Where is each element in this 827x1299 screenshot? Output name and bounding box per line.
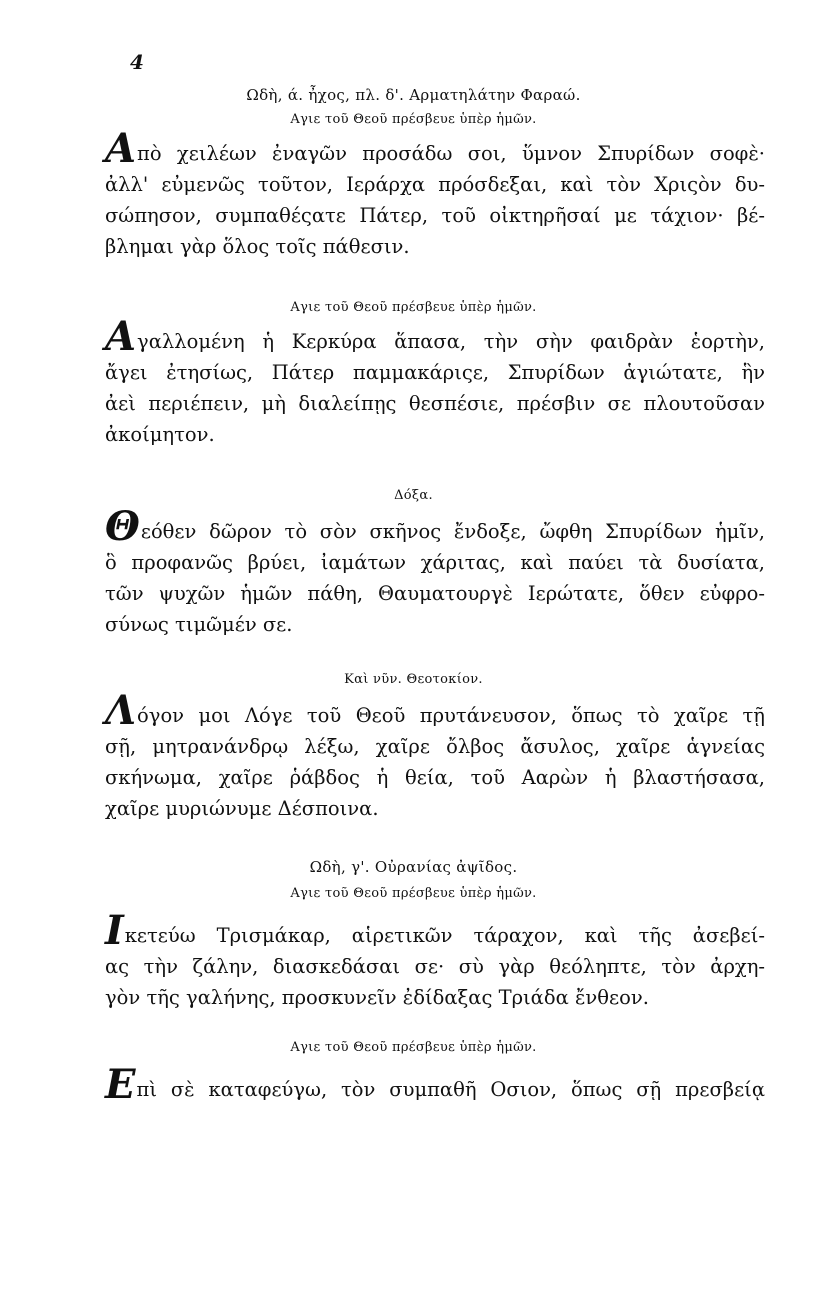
ode-3-heading: Ωδὴ, γ'. Οὐρανίας ἀψῖδος. — [0, 858, 827, 876]
stanza-line: ἀκοίμητον. — [105, 419, 765, 450]
drop-cap: Ι — [105, 907, 124, 954]
ode-1-heading: Ωδὴ, ά. ἦχος, πλ. δ'. Αρματηλάτην Φαραώ. — [0, 86, 827, 104]
refrain: Αγιε τοῦ Θεοῦ πρέσβευε ὑπὲρ ἡμῶν. — [0, 1040, 827, 1055]
stanza-4: Λόγον μοι Λόγε τοῦ Θεοῦ πρυτάνευσον, ὅπω… — [105, 700, 765, 824]
stanza-line: εόθεν δῶρον τὸ σὸν σκῆνος ἔνδοξε, ὤφθη Σ… — [141, 520, 765, 543]
stanza-line: γὸν τῆς γαλήνης, προσκυνεῖν ἐδίδαξας Τρι… — [105, 982, 765, 1013]
stanza-6: Επὶ σὲ καταφεύγω, τὸν συμπαθῆ Οσιον, ὅπω… — [105, 1074, 765, 1105]
page-number: 4 — [130, 50, 144, 74]
drop-cap: Θ — [105, 503, 140, 550]
stanza-line: σκήνωμα, χαῖρε ῥάβδος ἡ θεία, τοῦ Ααρὼν … — [105, 762, 765, 793]
stanza-line: πὸ χειλέων ἐναγῶν προσάδω σοι, ὕμνον Σπυ… — [137, 142, 765, 165]
stanza-line: βλημαι γὰρ ὅλος τοῖς πάθεσιν. — [105, 231, 765, 262]
stanza-line: γαλλομένη ἡ Κερκύρα ἅπασα, τὴν σὴν φαιδρ… — [137, 330, 765, 353]
stanza-line: σώπησον, συμπαθέςατε Πάτερ, τοῦ οἰκτηρῆσ… — [105, 200, 765, 231]
stanza-5: Ικετεύω Τρισμάκαρ, αἱρετικῶν τάραχον, κα… — [105, 920, 765, 1013]
stanza-line: σῇ, μητρανάνδρῳ λέξω, χαῖρε ὄλβος ἄσυλος… — [105, 731, 765, 762]
stanza-line: σύνως τιμῶμέν σε. — [105, 609, 765, 640]
stanza-line: ὃ προφανῶς βρύει, ἰαμάτων χάριτας, καὶ π… — [105, 547, 765, 578]
stanza-line: χαῖρε μυριώνυμε Δέσποινα. — [105, 793, 765, 824]
theotokion-label: Καὶ νῦν. Θεοτοκίον. — [0, 672, 827, 687]
stanza-line: τῶν ψυχῶν ἡμῶν πάθη, Θαυματουργὲ Ιερώτατ… — [105, 578, 765, 609]
stanza-3: Θεόθεν δῶρον τὸ σὸν σκῆνος ἔνδοξε, ὤφθη … — [105, 516, 765, 640]
drop-cap: Ε — [105, 1061, 136, 1108]
stanza-line: ας τὴν ζάλην, διασκεδάσαι σε· σὺ γὰρ θεό… — [105, 951, 765, 982]
stanza-line: ἄγει ἐτησίως, Πάτερ παμμακάριςε, Σπυρίδω… — [105, 357, 765, 388]
drop-cap: Α — [105, 313, 136, 360]
stanza-2: Αγαλλομένη ἡ Κερκύρα ἅπασα, τὴν σὴν φαιδ… — [105, 326, 765, 450]
stanza-line: πὶ σὲ καταφεύγω, τὸν συμπαθῆ Οσιον, ὅπως… — [137, 1078, 766, 1101]
stanza-line: ἀλλ' εὐμενῶς τοῦτον, Ιεράρχα πρόσδεξαι, … — [105, 169, 765, 200]
stanza-1: Απὸ χειλέων ἐναγῶν προσάδω σοι, ὕμνον Σπ… — [105, 138, 765, 262]
drop-cap: Α — [105, 125, 136, 172]
stanza-line: κετεύω Τρισμάκαρ, αἱρετικῶν τάραχον, καὶ… — [125, 924, 765, 947]
doxa-label: Δόξα. — [0, 488, 827, 503]
stanza-line: ἀεὶ περιέπειν, μὴ διαλείπῃς θεσπέσιε, πρ… — [105, 388, 765, 419]
stanza-line: όγον μοι Λόγε τοῦ Θεοῦ πρυτάνευσον, ὅπως… — [137, 704, 765, 727]
refrain: Αγιε τοῦ Θεοῦ πρέσβευε ὑπὲρ ἡμῶν. — [0, 886, 827, 901]
drop-cap: Λ — [105, 687, 136, 734]
